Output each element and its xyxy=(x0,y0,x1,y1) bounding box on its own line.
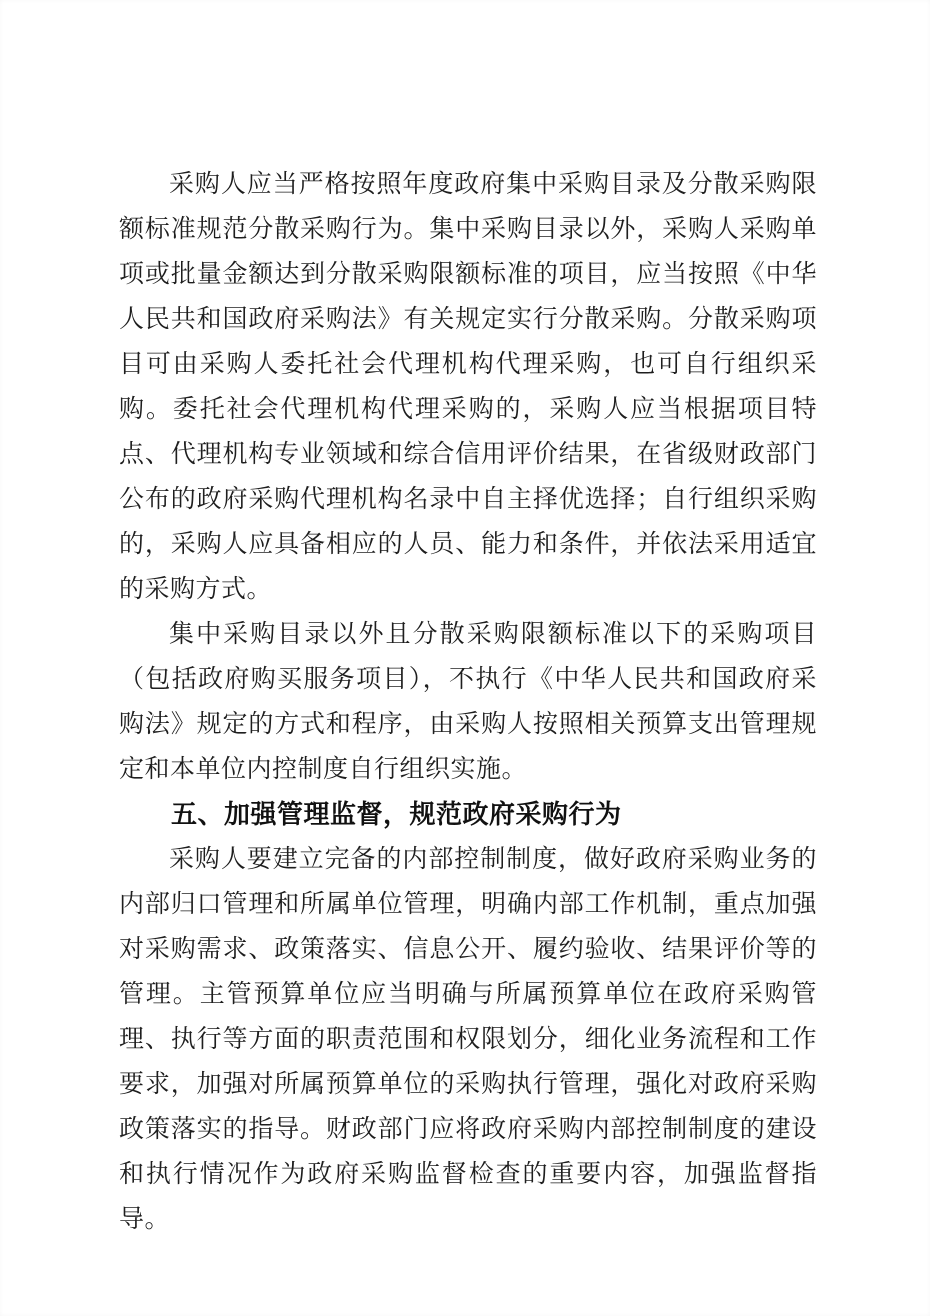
paragraph-decentralized-procurement: 采购人应当严格按照年度政府集中采购目录及分散采购限额标准规范分散采购行为。集中采… xyxy=(119,162,817,612)
paragraph-below-threshold-projects: 集中采购目录以外且分散采购限额标准以下的采购项目（包括政府购买服务项目），不执行… xyxy=(119,612,817,792)
section-heading-strengthen-supervision: 五、加强管理监督，规范政府采购行为 xyxy=(119,792,817,837)
paragraph-internal-control: 采购人要建立完备的内部控制制度，做好政府采购业务的内部归口管理和所属单位管理，明… xyxy=(119,837,817,1242)
document-content: 采购人应当严格按照年度政府集中采购目录及分散采购限额标准规范分散采购行为。集中采… xyxy=(119,162,817,1242)
document-page: 采购人应当严格按照年度政府集中采购目录及分散采购限额标准规范分散采购行为。集中采… xyxy=(0,0,930,1316)
